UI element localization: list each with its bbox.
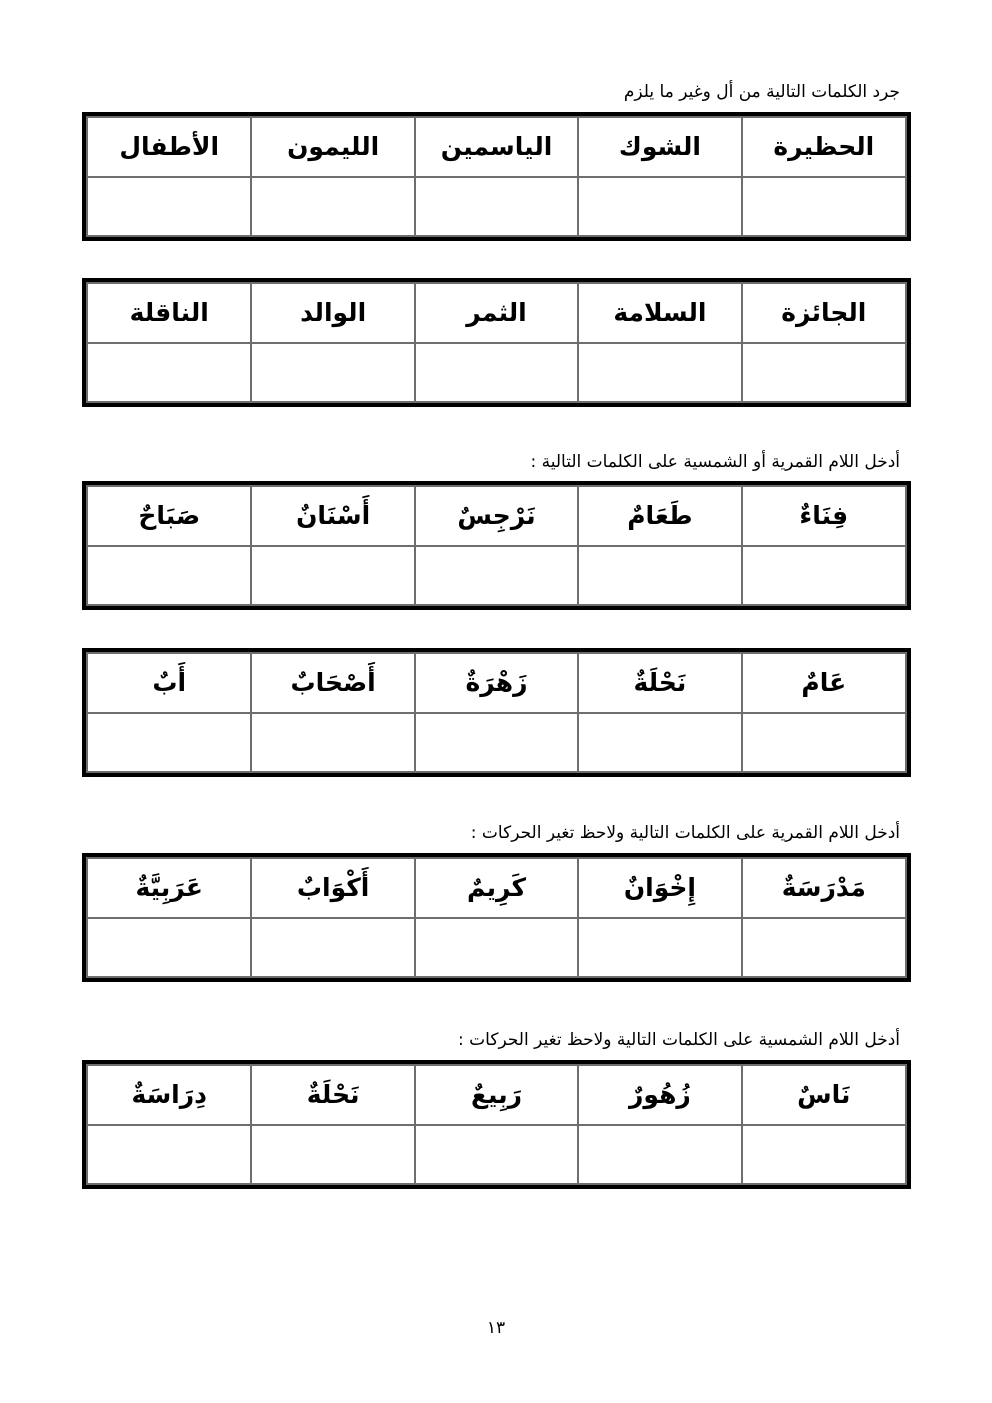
answer-cell[interactable] <box>742 546 905 604</box>
word-cell: أَسْنَانٌ <box>251 487 414 546</box>
answer-cell[interactable] <box>415 1125 578 1183</box>
word-cell: الحظيرة <box>742 118 905 177</box>
exercise-table-4: عَامٌ نَحْلَةٌ زَهْرَةٌ أَصْحَابٌ أَبٌ <box>82 648 911 777</box>
word-cell: كَرِيمٌ <box>415 859 578 918</box>
word-cell: الأطفال <box>88 118 251 177</box>
word-cell: نَحْلَةٌ <box>251 1066 414 1125</box>
word-cell: أَكْوَابٌ <box>251 859 414 918</box>
word-table: فِنَاءٌ طَعَامٌ نَرْجِسٌ أَسْنَانٌ صَبَا… <box>88 487 905 604</box>
word-table: الجائزة السلامة الثمر الوالد الناقلة <box>88 284 905 401</box>
answer-cell[interactable] <box>578 546 741 604</box>
answer-cell[interactable] <box>251 343 414 401</box>
word-cell: زُهُورٌ <box>578 1066 741 1125</box>
answer-cell[interactable] <box>251 713 414 771</box>
answer-row <box>88 177 905 235</box>
answer-cell[interactable] <box>742 918 905 976</box>
answer-cell[interactable] <box>578 918 741 976</box>
answer-row <box>88 1125 905 1183</box>
word-cell: صَبَاحٌ <box>88 487 251 546</box>
word-cell: فِنَاءٌ <box>742 487 905 546</box>
answer-cell[interactable] <box>251 918 414 976</box>
page-number: ١٣ <box>0 1318 992 1338</box>
answer-cell[interactable] <box>415 546 578 604</box>
answer-cell[interactable] <box>742 1125 905 1183</box>
exercise-table-6: نَاسٌ زُهُورٌ رَبِيعٌ نَحْلَةٌ دِرَاسَةٌ <box>82 1060 911 1189</box>
table-inner-frame: نَاسٌ زُهُورٌ رَبِيعٌ نَحْلَةٌ دِرَاسَةٌ <box>86 1064 907 1185</box>
table-inner-frame: فِنَاءٌ طَعَامٌ نَرْجِسٌ أَسْنَانٌ صَبَا… <box>86 485 907 606</box>
table-inner-frame: الجائزة السلامة الثمر الوالد الناقلة <box>86 282 907 403</box>
word-cell: الجائزة <box>742 284 905 343</box>
word-row: مَدْرَسَةٌ إِخْوَانٌ كَرِيمٌ أَكْوَابٌ ع… <box>88 859 905 918</box>
word-cell: نَاسٌ <box>742 1066 905 1125</box>
exercise-table-1: الحظيرة الشوك الياسمين الليمون الأطفال <box>82 112 911 241</box>
answer-cell[interactable] <box>88 177 251 235</box>
word-cell: مَدْرَسَةٌ <box>742 859 905 918</box>
answer-cell[interactable] <box>742 343 905 401</box>
instruction-strip-al: جرد الكلمات التالية من أل وغير ما يلزم <box>624 81 900 103</box>
answer-cell[interactable] <box>742 177 905 235</box>
word-row: نَاسٌ زُهُورٌ رَبِيعٌ نَحْلَةٌ دِرَاسَةٌ <box>88 1066 905 1125</box>
table-inner-frame: مَدْرَسَةٌ إِخْوَانٌ كَرِيمٌ أَكْوَابٌ ع… <box>86 857 907 978</box>
word-row: الجائزة السلامة الثمر الوالد الناقلة <box>88 284 905 343</box>
word-row: عَامٌ نَحْلَةٌ زَهْرَةٌ أَصْحَابٌ أَبٌ <box>88 654 905 713</box>
exercise-table-2: الجائزة السلامة الثمر الوالد الناقلة <box>82 278 911 407</box>
word-row: فِنَاءٌ طَعَامٌ نَرْجِسٌ أَسْنَانٌ صَبَا… <box>88 487 905 546</box>
answer-cell[interactable] <box>415 918 578 976</box>
word-cell: زَهْرَةٌ <box>415 654 578 713</box>
table-inner-frame: الحظيرة الشوك الياسمين الليمون الأطفال <box>86 116 907 237</box>
answer-cell[interactable] <box>415 177 578 235</box>
exercise-table-5: مَدْرَسَةٌ إِخْوَانٌ كَرِيمٌ أَكْوَابٌ ع… <box>82 853 911 982</box>
answer-row <box>88 343 905 401</box>
word-cell: نَحْلَةٌ <box>578 654 741 713</box>
word-cell: عَامٌ <box>742 654 905 713</box>
word-row: الحظيرة الشوك الياسمين الليمون الأطفال <box>88 118 905 177</box>
answer-cell[interactable] <box>251 177 414 235</box>
word-cell: أَبٌ <box>88 654 251 713</box>
word-cell: الياسمين <box>415 118 578 177</box>
instruction-add-lam: أدخل اللام القمرية أو الشمسية على الكلما… <box>530 451 900 473</box>
word-cell: عَرَبِيَّةٌ <box>88 859 251 918</box>
answer-row <box>88 546 905 604</box>
word-table: نَاسٌ زُهُورٌ رَبِيعٌ نَحْلَةٌ دِرَاسَةٌ <box>88 1066 905 1183</box>
answer-cell[interactable] <box>578 1125 741 1183</box>
answer-cell[interactable] <box>415 343 578 401</box>
answer-cell[interactable] <box>88 343 251 401</box>
table-inner-frame: عَامٌ نَحْلَةٌ زَهْرَةٌ أَصْحَابٌ أَبٌ <box>86 652 907 773</box>
answer-cell[interactable] <box>88 918 251 976</box>
answer-cell[interactable] <box>415 713 578 771</box>
word-cell: طَعَامٌ <box>578 487 741 546</box>
word-table: الحظيرة الشوك الياسمين الليمون الأطفال <box>88 118 905 235</box>
answer-cell[interactable] <box>742 713 905 771</box>
answer-cell[interactable] <box>578 177 741 235</box>
word-cell: السلامة <box>578 284 741 343</box>
word-cell: الليمون <box>251 118 414 177</box>
answer-cell[interactable] <box>88 1125 251 1183</box>
answer-row <box>88 918 905 976</box>
word-cell: الثمر <box>415 284 578 343</box>
exercise-table-3: فِنَاءٌ طَعَامٌ نَرْجِسٌ أَسْنَانٌ صَبَا… <box>82 481 911 610</box>
word-cell: دِرَاسَةٌ <box>88 1066 251 1125</box>
word-table: عَامٌ نَحْلَةٌ زَهْرَةٌ أَصْحَابٌ أَبٌ <box>88 654 905 771</box>
answer-cell[interactable] <box>251 546 414 604</box>
answer-cell[interactable] <box>88 546 251 604</box>
word-cell: نَرْجِسٌ <box>415 487 578 546</box>
answer-cell[interactable] <box>251 1125 414 1183</box>
answer-cell[interactable] <box>88 713 251 771</box>
answer-cell[interactable] <box>578 343 741 401</box>
word-cell: الشوك <box>578 118 741 177</box>
word-cell: الناقلة <box>88 284 251 343</box>
word-table: مَدْرَسَةٌ إِخْوَانٌ كَرِيمٌ أَكْوَابٌ ع… <box>88 859 905 976</box>
instruction-lunar-lam: أدخل اللام القمرية على الكلمات التالية و… <box>471 822 900 844</box>
instruction-solar-lam: أدخل اللام الشمسية على الكلمات التالية و… <box>458 1029 900 1051</box>
word-cell: أَصْحَابٌ <box>251 654 414 713</box>
answer-cell[interactable] <box>578 713 741 771</box>
answer-row <box>88 713 905 771</box>
word-cell: الوالد <box>251 284 414 343</box>
word-cell: رَبِيعٌ <box>415 1066 578 1125</box>
word-cell: إِخْوَانٌ <box>578 859 741 918</box>
